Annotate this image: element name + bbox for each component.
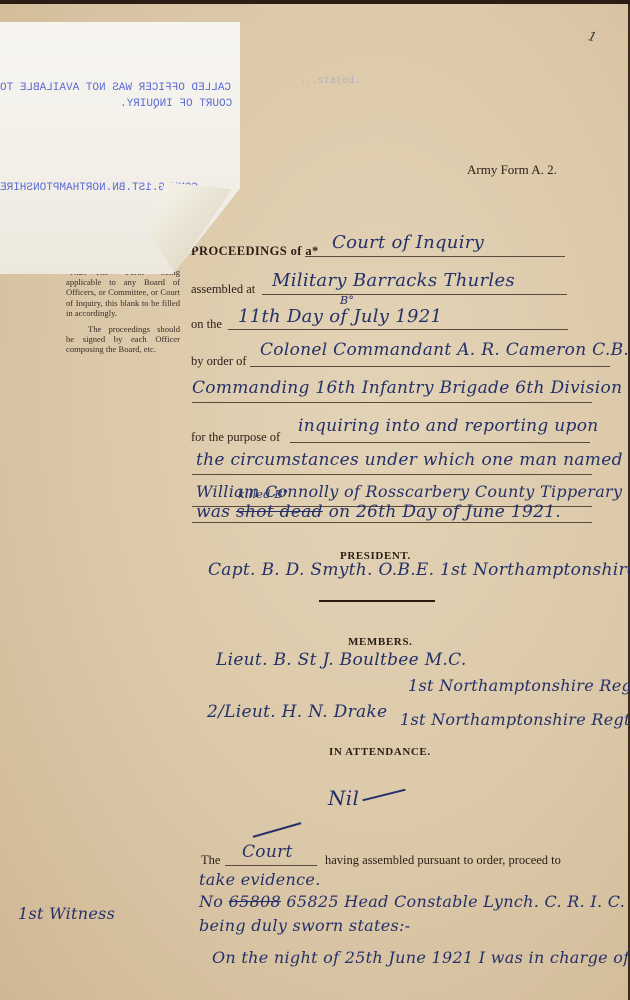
purpose-value-2: the circumstances under which one man na… — [196, 450, 623, 470]
date-value: 11th Day of July 1921 — [238, 306, 442, 327]
members-heading: MEMBERS. — [348, 636, 412, 648]
slip-line-1: CALLED OFFICER WAS NOT AVAILABLE TO — [0, 82, 231, 94]
assembly-rule — [225, 865, 317, 866]
on-the-label: on the — [191, 317, 222, 332]
assembly-suffix: having assembled pursuant to order, proc… — [325, 853, 561, 868]
order-value-1: Colonel Commandant A. R. Cameron C.B., C… — [260, 340, 630, 360]
witness-line-1: No 65808 65825 Head Constable Lynch. C. … — [199, 892, 625, 911]
witness-line-1-rest: 65825 Head Constable Lynch. C. R. I. C. — [286, 892, 625, 911]
president-name: Capt. B. D. Smyth. O.B.E. 1st Northampto… — [208, 560, 630, 580]
attendance-heading: IN ATTENDANCE. — [329, 746, 431, 758]
assembly-body: Court — [242, 842, 293, 862]
form-id: Army Form A. 2. — [467, 162, 557, 178]
army-form-page: 1 ...stated. Army Form A. 2. *N.B.—The F… — [0, 4, 628, 1000]
by-order-label: by order of — [191, 354, 247, 369]
purpose-prefix: was — [196, 502, 230, 522]
order-rule-2 — [192, 402, 592, 403]
purpose-rule-1 — [290, 442, 590, 443]
purpose-rule-4 — [192, 522, 592, 523]
court-dash — [253, 822, 302, 838]
proceedings-rule — [305, 256, 565, 257]
slip-line-2: COURT OF INQUIRY. — [120, 98, 232, 110]
witness-margin-label: 1st Witness — [18, 904, 115, 923]
form-note-nb: *N.B.—The Form being applicable to any B… — [66, 267, 180, 318]
president-divider — [319, 600, 435, 602]
purpose-rule-2 — [192, 474, 592, 475]
attendance-dash — [362, 789, 405, 802]
page-number: 1 — [586, 29, 598, 46]
date-superscript: B° — [340, 294, 354, 307]
member-2-name: 2/Lieut. H. N. Drake — [207, 702, 387, 722]
bleed-through-text: ...stated. — [300, 76, 360, 87]
purpose-label: for the purpose of — [191, 430, 280, 445]
attached-typed-slip: CALLED OFFICER WAS NOT AVAILABLE TO COUR… — [0, 22, 240, 274]
purpose-value-4: was shot dead on 26th Day of June 1921. — [196, 502, 561, 522]
form-note-signing: The proceedings should be signed by each… — [66, 324, 180, 355]
assembly-continuation: take evidence. — [199, 870, 321, 889]
member-1-unit: 1st Northamptonshire Regt — [408, 676, 630, 695]
purpose-insert: killed B° — [238, 488, 289, 501]
witness-line-2: being duly sworn states:- — [199, 916, 410, 935]
by-order-rule — [250, 366, 610, 367]
date-value-text: 11th Day of July 1921 — [238, 306, 442, 327]
proceedings-label: PROCEEDINGS of a* — [191, 244, 319, 259]
witness-struck-number: 65808 — [229, 892, 281, 911]
purpose-struck: shot dead — [236, 502, 323, 522]
on-the-rule — [228, 329, 568, 330]
order-value-2: Commanding 16th Infantry Brigade 6th Div… — [192, 378, 622, 398]
form-note-signing-text: The proceedings should be signed by each… — [66, 324, 180, 354]
proceedings-value: Court of Inquiry — [332, 232, 484, 253]
member-1-name: Lieut. B. St J. Boultbee M.C. — [216, 650, 467, 670]
witness-line-3: On the night of 25th June 1921 I was in … — [212, 948, 630, 967]
assembled-label: assembled at — [191, 282, 255, 297]
attendance-value: Nil — [328, 786, 359, 810]
assembled-value: Military Barracks Thurles — [272, 270, 515, 291]
assembled-rule — [262, 294, 567, 295]
assembly-prefix: The — [201, 853, 220, 868]
witness-no: No — [199, 892, 223, 911]
purpose-value-1: inquiring into and reporting upon — [298, 416, 599, 436]
purpose-suffix: on 26th Day of June 1921. — [329, 502, 561, 522]
member-2-unit: 1st Northamptonshire Regt. — [400, 710, 630, 729]
